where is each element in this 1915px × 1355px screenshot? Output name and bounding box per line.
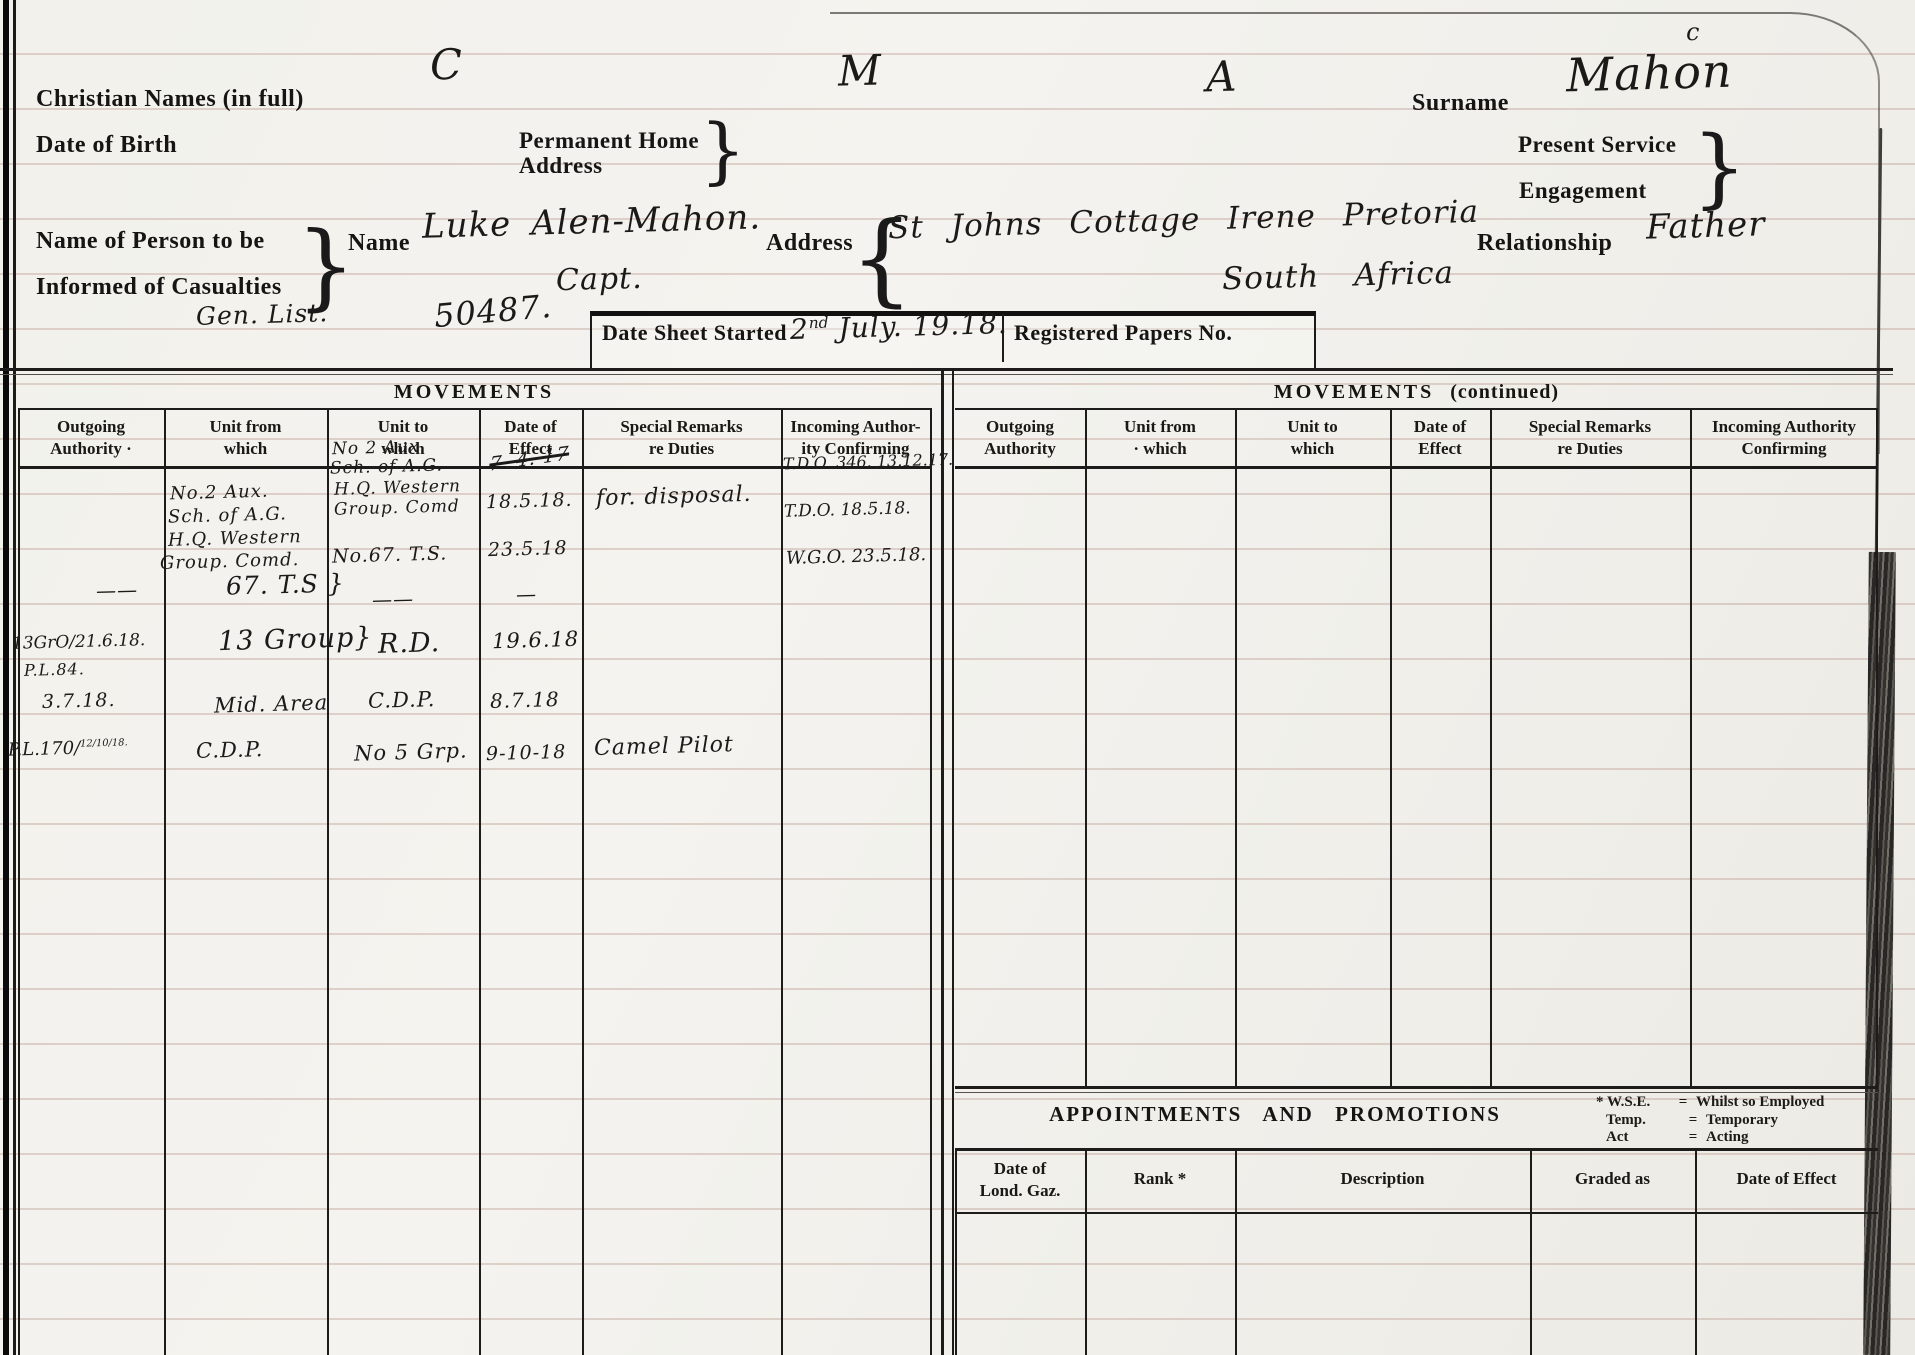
casualties-label-line2: Informed of Casualties bbox=[36, 274, 282, 301]
surname-superscript: c bbox=[1686, 18, 1701, 46]
christian-names-label: Christian Names (in full) bbox=[36, 86, 304, 113]
left-table-line-7 bbox=[930, 408, 932, 1355]
left-table-line-2 bbox=[164, 408, 166, 1355]
casualty-contact-rank: Capt. bbox=[556, 261, 644, 298]
casualties-label-line1: Name of Person to be bbox=[36, 228, 265, 255]
left-binding-line-outer bbox=[3, 0, 9, 1355]
legend-wse: * W.S.E. = Whilst so Employed bbox=[1596, 1094, 1824, 1112]
appointments-header-bottom-rule bbox=[955, 1212, 1878, 1214]
app-table-line-2 bbox=[1235, 1148, 1237, 1355]
present-service-label: Present Service bbox=[1518, 132, 1676, 158]
header-rule-thin bbox=[0, 374, 1893, 375]
movements-right-title: MOVEMENTS (continued) bbox=[955, 381, 1878, 404]
mv-r2-incoming: T.D.O. 18.5.18. bbox=[784, 498, 911, 522]
gen-list-annotation: Gen. List. bbox=[196, 298, 329, 331]
appointments-title: APPOINTMENTS AND PROMOTIONS bbox=[955, 1102, 1595, 1127]
legend-act: Act = Acting bbox=[1596, 1129, 1824, 1147]
surname-value: Mahon bbox=[1565, 44, 1733, 103]
mv-r5-unit-to: R.D. bbox=[378, 627, 441, 660]
relationship-value: Father bbox=[1645, 204, 1766, 247]
mv-r3-unit-to: No.67. T.S. bbox=[332, 542, 448, 567]
mv-r1-unit-to-l2: Sch. of A.G. bbox=[330, 455, 443, 478]
mv-r2-date: 18.5.18. bbox=[486, 489, 573, 513]
col-right-date-of-effect: Date ofEffect bbox=[1390, 416, 1490, 460]
movements-right-bottom-rule-thin bbox=[955, 1092, 1878, 1093]
christian-name-initial-1: C bbox=[429, 40, 463, 90]
left-binding-line-inner bbox=[13, 0, 16, 1355]
mv-r4-unit-from: 67. T.S } bbox=[226, 568, 345, 600]
col-app-graded-as: Graded as bbox=[1530, 1168, 1695, 1190]
right-table-line-4 bbox=[1490, 408, 1492, 1086]
app-table-line-4 bbox=[1695, 1148, 1697, 1355]
mv-r5-outgoing-l1: 13GrO/21.6.18. bbox=[12, 630, 146, 654]
date-sheet-started-value: 2nd July. 19.18. bbox=[790, 307, 1009, 346]
movements-right-title-rule bbox=[955, 408, 1878, 410]
registered-papers-label: Registered Papers No. bbox=[1014, 320, 1232, 346]
date-of-birth-label: Date of Birth bbox=[36, 132, 177, 159]
col-right-special-remarks: Special Remarksre Duties bbox=[1490, 416, 1690, 460]
col-app-description: Description bbox=[1235, 1168, 1530, 1190]
col-right-unit-from: Unit from· which bbox=[1085, 416, 1235, 460]
appointments-header-top-rule bbox=[955, 1148, 1878, 1151]
movements-right-header-rule bbox=[955, 466, 1878, 469]
col-left-unit-from: Unit fromwhich bbox=[164, 416, 327, 460]
name-label: Name bbox=[348, 230, 410, 257]
col-right-outgoing-authority: OutgoingAuthority bbox=[955, 416, 1085, 460]
app-table-line-0 bbox=[955, 1148, 957, 1355]
mv-r6-unit-from: Mid. Area bbox=[214, 690, 329, 717]
app-table-line-3 bbox=[1530, 1148, 1532, 1355]
date-sheet-started-label: Date Sheet Started bbox=[602, 320, 787, 346]
left-table-line-3 bbox=[327, 408, 329, 1355]
mv-r7-outgoing: P.L.170/12/10/18. bbox=[8, 736, 128, 760]
legend-temp: Temp. = Temporary bbox=[1596, 1112, 1824, 1130]
mv-r2-unit-from-l2: Sch. of A.G. bbox=[168, 503, 287, 527]
right-table-line-6 bbox=[1876, 408, 1878, 1086]
mv-r2-remarks: for. disposal. bbox=[596, 482, 752, 511]
app-table-line-1 bbox=[1085, 1148, 1087, 1355]
service-record-sheet: Christian Names (in full) C M A Surname … bbox=[0, 0, 1915, 1355]
mv-r7-unit-to: No 5 Grp. bbox=[354, 738, 468, 765]
mv-r2-unit-from-l1: No.2 Aux. bbox=[170, 481, 269, 505]
mv-r7-remarks: Camel Pilot bbox=[594, 732, 734, 761]
left-table-line-1 bbox=[18, 408, 20, 1355]
movements-right-bottom-rule-thick bbox=[955, 1086, 1878, 1089]
address-label: Address bbox=[766, 230, 853, 257]
right-table-line-2 bbox=[1235, 408, 1237, 1086]
casualty-contact-name: Luke Alen-Mahon. bbox=[422, 197, 762, 246]
col-right-unit-to: Unit towhich bbox=[1235, 416, 1390, 460]
mv-r5-outgoing-l2: P.L.84. bbox=[24, 659, 85, 680]
right-table-line-5 bbox=[1690, 408, 1692, 1086]
permanent-home-address-label: Permanent Home Address bbox=[519, 128, 699, 178]
appointments-legend: * W.S.E. = Whilst so Employed Temp. = Te… bbox=[1596, 1094, 1824, 1147]
mv-r6-unit-to: C.D.P. bbox=[368, 687, 436, 713]
mv-r2-unit-to-l2: Group. Comd bbox=[334, 496, 460, 520]
service-number: 50487. bbox=[433, 287, 554, 335]
col-app-date-of-effect: Date of Effect bbox=[1695, 1168, 1878, 1190]
permanent-home-brace: } bbox=[700, 108, 746, 192]
movements-left-title: MOVEMENTS bbox=[18, 381, 930, 404]
header-rule-thick bbox=[0, 368, 1893, 371]
mv-r1-incoming: T.D.O. 346. 13.12.17. bbox=[783, 450, 954, 474]
mv-r5-date: 19.6.18 bbox=[492, 627, 580, 653]
movements-left-title-rule bbox=[18, 408, 930, 410]
col-left-special-remarks: Special Remarksre Duties bbox=[582, 416, 781, 460]
mv-r3-unit-from-l1: H.Q. Western bbox=[168, 526, 302, 551]
mv-r7-date: 9-10-18 bbox=[486, 741, 567, 765]
right-table-line-3 bbox=[1390, 408, 1392, 1086]
mv-r4-date: — bbox=[516, 582, 538, 607]
center-divider-2 bbox=[952, 368, 954, 1355]
casualty-contact-address-line2: South Africa bbox=[1222, 255, 1455, 297]
left-table-line-6 bbox=[781, 408, 783, 1355]
col-app-date-lond-gaz: Date ofLond. Gaz. bbox=[955, 1158, 1085, 1202]
mv-r3-incoming: W.G.O. 23.5.18. bbox=[786, 544, 927, 569]
left-table-line-5 bbox=[582, 408, 584, 1355]
col-right-incoming-authority: Incoming AuthorityConfirming bbox=[1690, 416, 1878, 460]
mv-r6-outgoing: 3.7.18. bbox=[42, 689, 116, 713]
mv-r7-unit-from: C.D.P. bbox=[196, 737, 264, 763]
mv-r6-date: 8.7.18 bbox=[490, 687, 560, 713]
col-app-rank: Rank * bbox=[1085, 1168, 1235, 1190]
present-service-brace: } bbox=[1692, 118, 1747, 218]
christian-name-initial-3: A bbox=[1205, 52, 1238, 102]
surname-label: Surname bbox=[1412, 90, 1509, 117]
left-table-line-4 bbox=[479, 408, 481, 1355]
mv-r5-unit-from: 13 Group} bbox=[218, 622, 373, 657]
mv-r4-outgoing: —— bbox=[96, 577, 139, 602]
mv-r3-date: 23.5.18 bbox=[488, 537, 568, 561]
center-divider-1 bbox=[941, 368, 944, 1355]
engagement-label: Engagement bbox=[1519, 178, 1647, 204]
relationship-label: Relationship bbox=[1477, 230, 1612, 257]
christian-name-initial-2: M bbox=[837, 45, 882, 95]
mv-r4-unit-to: —— bbox=[372, 586, 415, 611]
right-binding-strip bbox=[1863, 552, 1896, 1355]
right-table-line-1 bbox=[1085, 408, 1087, 1086]
col-left-outgoing-authority: OutgoingAuthority · bbox=[18, 416, 164, 460]
